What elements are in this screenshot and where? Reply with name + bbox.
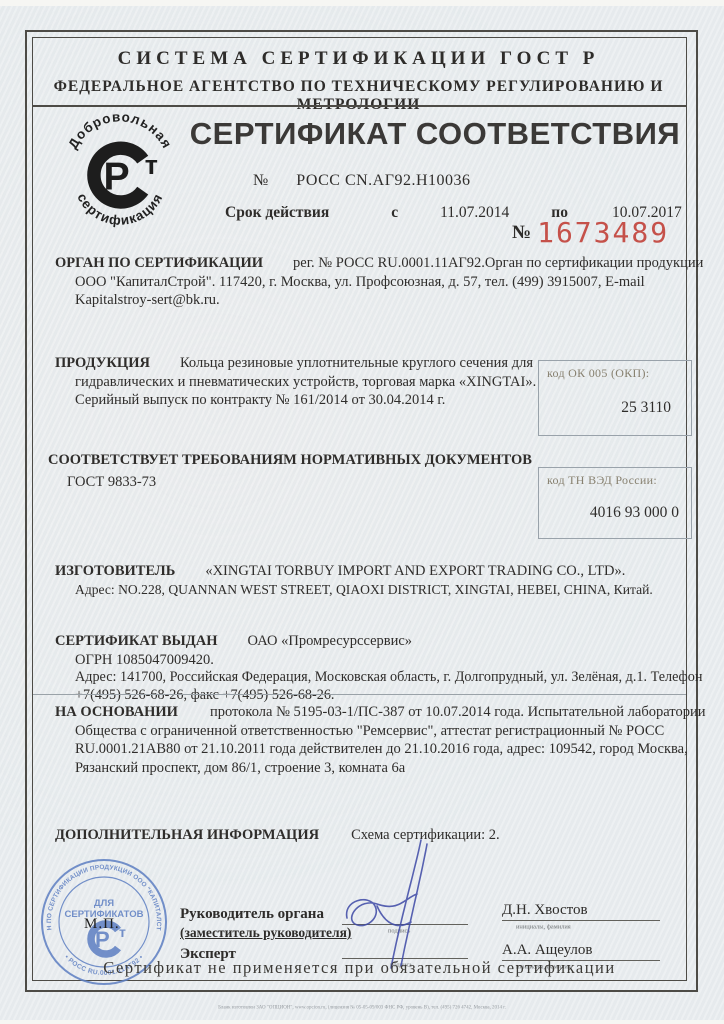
section-issued: СЕРТИФИКАТ ВЫДАНОАО «Промресурссервис» bbox=[55, 632, 715, 651]
okp-box-value: 25 3110 bbox=[621, 399, 671, 417]
system-title: СИСТЕМА СЕРТИФИКАЦИИ ГОСТ Р bbox=[33, 48, 684, 70]
logo-t-letter: т bbox=[145, 150, 158, 180]
tnved-box-value: 4016 93 000 0 bbox=[590, 504, 679, 522]
issued-label: СЕРТИФИКАТ ВЫДАН bbox=[55, 633, 218, 649]
logo-p-letter: Р bbox=[103, 155, 129, 199]
valid-from: 11.07.2014 bbox=[440, 204, 509, 221]
section-manufacturer: ИЗГОТОВИТЕЛЬ«XINGTAI TORBUY IMPORT AND E… bbox=[55, 562, 720, 581]
cert-number-row: №РОСС CN.АГ92.Н10036 bbox=[253, 172, 471, 190]
blank-number-sign: № bbox=[512, 222, 531, 243]
agency-title: ФЕДЕРАЛЬНОЕ АГЕНТСТВО ПО ТЕХНИЧЕСКОМУ РЕ… bbox=[33, 78, 684, 114]
additional-label: ДОПОЛНИТЕЛЬНАЯ ИНФОРМАЦИЯ bbox=[55, 827, 319, 843]
rst-logo-icon: Добровольная сертификация Р т bbox=[58, 110, 182, 234]
fine-print: Бланк изготовлен ЗАО "ОПЦИОН", www.opcio… bbox=[138, 1004, 587, 1010]
section-divider bbox=[33, 694, 686, 695]
tnved-code-box: код ТН ВЭД России: 4016 93 000 0 bbox=[538, 467, 692, 539]
header-divider bbox=[32, 105, 687, 107]
conforms-text: ГОСТ 9833-73 bbox=[67, 474, 156, 491]
basis-label: НА ОСНОВАНИИ bbox=[55, 704, 178, 720]
number-sign: № bbox=[253, 172, 268, 189]
production-label: ПРОДУКЦИЯ bbox=[55, 355, 150, 371]
section-basis: НА ОСНОВАНИИпротокола № 5195-03-1/ПС-387… bbox=[55, 703, 724, 777]
conforms-label: СООТВЕТСТВУЕТ ТРЕБОВАНИЯМ НОРМАТИВНЫХ ДО… bbox=[48, 452, 532, 469]
manufacturer-address: Адрес: NO.228, QUANNAN WEST STREET, QIAO… bbox=[55, 582, 724, 598]
head-name-caption: инициалы, фамилия bbox=[516, 923, 571, 930]
manufacturer-label: ИЗГОТОВИТЕЛЬ bbox=[55, 563, 175, 579]
rst-logo: Добровольная сертификация Р т bbox=[58, 110, 182, 234]
manufacturer-name: «XINGTAI TORBUY IMPORT AND EXPORT TRADIN… bbox=[205, 563, 625, 579]
certificate-page: СИСТЕМА СЕРТИФИКАЦИИ ГОСТ Р ФЕДЕРАЛЬНОЕ … bbox=[0, 6, 724, 1020]
cert-number: РОСС CN.АГ92.Н10036 bbox=[296, 172, 470, 189]
footer-notice: Сертификат не применяется при обязательн… bbox=[33, 958, 686, 978]
organ-label: ОРГАН ПО СЕРТИФИКАЦИИ bbox=[55, 255, 263, 271]
head-name: Д.Н. Хвостов bbox=[502, 902, 660, 921]
validity-label: Срок действия bbox=[225, 204, 329, 221]
okp-box-label: код ОК 005 (ОКП): bbox=[547, 366, 649, 381]
certificate-title: СЕРТИФИКАТ СООТВЕТСТВИЯ bbox=[185, 116, 685, 152]
stamp-logo-t: т bbox=[119, 924, 126, 940]
section-production: ПРОДУКЦИЯКольца резиновые уплотнительные… bbox=[55, 354, 557, 410]
head-label: Руководитель органа bbox=[180, 906, 324, 923]
issued-name: ОАО «Промресурссервис» bbox=[248, 633, 413, 649]
blank-number-row: №1673489 bbox=[512, 216, 669, 249]
section-organ: ОРГАН ПО СЕРТИФИКАЦИИрег. № РОСС RU.0001… bbox=[55, 254, 715, 310]
issued-ogrn: ОГРН 1085047009420. bbox=[55, 652, 214, 669]
mp-mark: М.П. bbox=[84, 916, 120, 933]
issued-address: Адрес: 141700, Российская Федерация, Мос… bbox=[55, 669, 720, 705]
blank-number: 1673489 bbox=[537, 216, 669, 249]
handwritten-signature bbox=[325, 834, 495, 974]
stamp-center-line1: ДЛЯ bbox=[94, 898, 114, 909]
validity-s: с bbox=[391, 204, 398, 221]
signature-ink-icon bbox=[325, 834, 495, 974]
tnved-box-label: код ТН ВЭД России: bbox=[547, 473, 657, 488]
okp-code-box: код ОК 005 (ОКП): 25 3110 bbox=[538, 360, 692, 436]
